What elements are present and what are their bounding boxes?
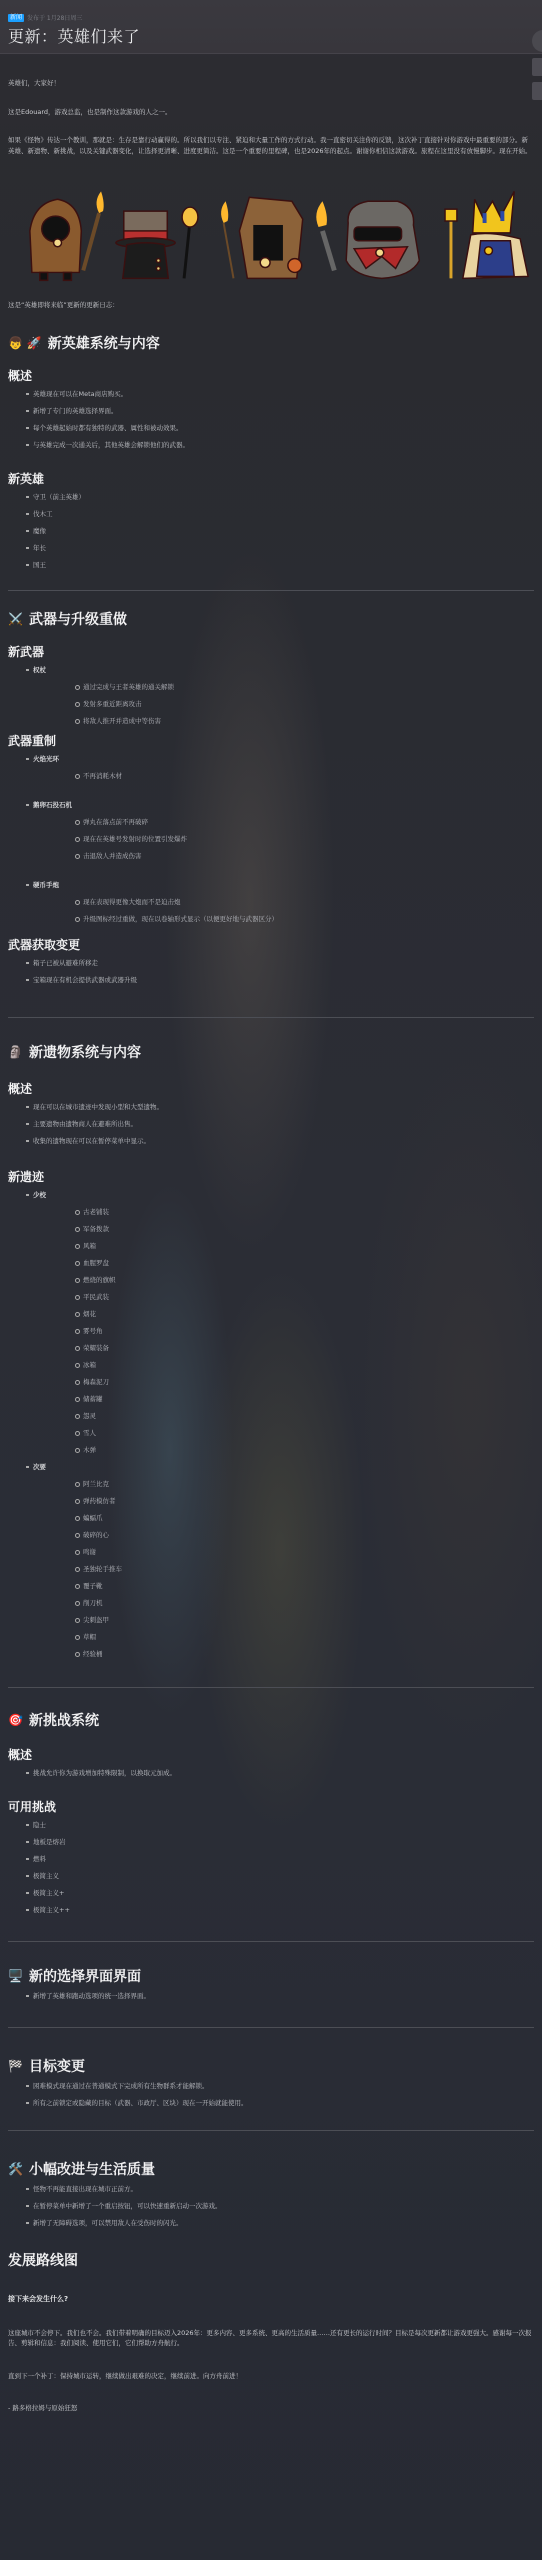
list-item: 极简主义: [8, 1868, 534, 1885]
list-item: 击退敌人并造成伤害: [33, 848, 534, 865]
list-item: 隐士: [8, 1817, 534, 1834]
divider: [8, 1017, 534, 1018]
relics-overview-title: 概述: [8, 1080, 534, 1097]
weapon-rework-title: 武器重制: [8, 732, 534, 749]
list-item: 军备拨款: [33, 1221, 534, 1238]
list-item: 怨灵: [33, 1408, 534, 1425]
divider: [8, 590, 534, 591]
list-item: 烟花: [33, 1306, 534, 1323]
list-item: 冰箱: [33, 1357, 534, 1374]
list-item: 极简主义+: [8, 1885, 534, 1902]
section-weapons-label: 武器与升级重做: [29, 609, 127, 629]
list-item: 荣耀装备: [33, 1340, 534, 1357]
relic-group-name: 次要: [33, 1463, 46, 1471]
list-item: 梅森泥刀: [33, 1374, 534, 1391]
list-item: 所有之前锁定或隐藏的目标（武器、市政厅、区块）现在一开始就能使用。: [8, 2095, 534, 2112]
weapon-acquisition-title: 武器获取变更: [8, 936, 534, 953]
weapon-name: 火焰光环: [33, 755, 59, 763]
list-item: 覆子靴: [33, 1578, 534, 1595]
relic-group: 少校 古老铺装 军备拨款 风箱 血腥罗盘 燃烧的旗帜 平民武装 烟花 雾号角 荣…: [8, 1187, 534, 1459]
list-item: 削刀机: [33, 1595, 534, 1612]
divider: [8, 1687, 534, 1688]
goals-list: 困难模式现在通过在普通模式下完成所有生物群系才能解锁。 所有之前锁定或隐藏的目标…: [8, 2078, 534, 2112]
weapon-rework-list: 火焰光环 不再消耗木材 鹅卵石投石机 弹丸在落点前不再破碎 现在在英雄号发射时的…: [8, 751, 534, 928]
greeting: 英雄们，大家好！: [8, 78, 534, 89]
list-item: 现在表现得更像大炮而不是迫击炮: [33, 894, 534, 911]
new-heroes-list: 守卫（前主英雄） 伐木工 魔像 年长 国王: [8, 489, 534, 574]
moai-icon: 🗿: [8, 1045, 23, 1059]
hammer-wrench-icon: 🛠️: [8, 2162, 23, 2176]
list-item: 国王: [8, 557, 534, 574]
new-relics-title: 新遗迹: [8, 1168, 534, 1185]
list-item: 新增了英雄和跑动选项的统一选择界面。: [8, 1988, 534, 2005]
list-item: 风箱: [33, 1238, 534, 1255]
list-item: 木弹: [33, 1442, 534, 1459]
news-badge: 新闻: [8, 14, 24, 22]
article-header: 新闻 发布于 1月28日周三 更新：英雄们来了: [0, 0, 542, 54]
list-item: 困难模式现在通过在普通模式下完成所有生物群系才能解锁。: [8, 2078, 534, 2095]
new-weapons-title: 新武器: [8, 643, 534, 660]
weapon-item: 火焰光环 不再消耗木材: [8, 751, 534, 797]
section-qol-label: 小幅改进与生活质量: [29, 2159, 155, 2179]
divider: [8, 2027, 534, 2028]
list-item: 雾号角: [33, 1323, 534, 1340]
heroes-overview-list: 英雄现在可以在Meta商店购买。 新增了专门的英雄选择界面。 每个英雄起始时都有…: [8, 386, 534, 454]
available-challenges-list: 隐士 地板是熔岩 燃料 极简主义 极简主义+ 极简主义++: [8, 1817, 534, 1919]
roadmap-title: 发展路线图: [8, 2250, 534, 2270]
section-heroes-title: 👦 🚀 新英雄系统与内容: [8, 333, 534, 353]
list-item: 圣独轮手推车: [33, 1561, 534, 1578]
side-controls: [532, 30, 542, 100]
list-item: 雪人: [33, 1425, 534, 1442]
weapon-name: 权杖: [33, 666, 46, 674]
challenges-overview-list: 挑战允许你为游戏增加特殊限制，以换取元加成。: [8, 1765, 534, 1782]
list-item: 地板是熔岩: [8, 1834, 534, 1851]
qol-list: 怪物不再能直接出现在城市正前方。 在暂停菜单中新增了一个重启按钮，可以快速重新启…: [8, 2181, 534, 2232]
list-item: 怪物不再能直接出现在城市正前方。: [8, 2181, 534, 2198]
weapon-acquisition-list: 箱子已被从避难所移走 宝箱现在有机会提供武器或武器升级: [8, 955, 534, 989]
target-icon: 🎯: [8, 1713, 23, 1727]
changelog-intro: 这是“英雄即将来临”更新的更新日志：: [8, 300, 534, 311]
list-item: 年长: [8, 540, 534, 557]
author-line: 这是Edouard，游戏总监，也是制作这款游戏的人之一。: [8, 107, 534, 118]
list-item: 现在在英雄号发射时的位置引发爆炸: [33, 831, 534, 848]
new-relics-list: 少校 古老铺装 军备拨款 风箱 血腥罗盘 燃烧的旗帜 平民武装 烟花 雾号角 荣…: [8, 1187, 534, 1663]
list-item: 守卫（前主英雄）: [8, 489, 534, 506]
crossed-swords-icon: ⚔️: [8, 612, 23, 626]
list-item: 经验桶: [33, 1646, 534, 1663]
side-circle-button[interactable]: [532, 30, 542, 52]
list-item: 弹丸在落点前不再破碎: [33, 814, 534, 831]
weapon-item: 鹅卵石投石机 弹丸在落点前不再破碎 现在在英雄号发射时的位置引发爆炸 击退敌人并…: [8, 797, 534, 877]
posted-date: 发布于 1月28日周三: [27, 13, 82, 22]
section-relics-label: 新遗物系统与内容: [29, 1042, 141, 1062]
list-item: 不再消耗木材: [33, 768, 534, 785]
heroes-overview-title: 概述: [8, 367, 534, 384]
weapon-name: 硬币手炮: [33, 881, 59, 889]
relic-group: 次要 阿兰比克 弹药模仿者 蝙蝠爪 破碎的心 鸣谢 圣独轮手推车 覆子靴 削刀机…: [8, 1459, 534, 1663]
list-item: 燃烧的旗帜: [33, 1272, 534, 1289]
list-item: 英雄现在可以在Meta商店购买。: [8, 386, 534, 403]
list-item: 新增了无障碍选项，可以禁用敌人在受伤时的闪光。: [8, 2215, 534, 2232]
list-item: 在暂停菜单中新增了一个重启按钮，可以快速重新启动一次游戏。: [8, 2198, 534, 2215]
list-item: 破碎的心: [33, 1527, 534, 1544]
intro-body: 如果《怪物》传达一个教训，那就是：生存是靠行动赢得的。所以我们以专注、紧迫和大量…: [8, 135, 534, 156]
available-challenges-title: 可用挑战: [8, 1798, 534, 1815]
section-heroes-label: 新英雄系统与内容: [48, 333, 160, 353]
list-item: 魔像: [8, 523, 534, 540]
divider: [8, 2130, 534, 2131]
signature: - 路多格拉姆与原始狂怒: [8, 2403, 534, 2414]
list-item: 燃料: [8, 1851, 534, 1868]
section-challenges-label: 新挑战系统: [29, 1710, 99, 1730]
list-item: 平民武装: [33, 1289, 534, 1306]
list-item: 草帽: [33, 1629, 534, 1646]
roadmap-closing: 直到下一个补丁：保持城市运转，继续做出艰难的决定，继续前进。向方舟前进！: [8, 2371, 534, 2382]
section-goals-title: 🏁 目标变更: [8, 2056, 534, 2076]
list-item: 尖刺盔甲: [33, 1612, 534, 1629]
article-title: 更新：英雄们来了: [8, 24, 534, 47]
boy-rocket-icon: 👦 🚀: [8, 336, 42, 350]
list-item: 阿兰比克: [33, 1476, 534, 1493]
weapon-item: 权杖 通过完成与王者英雄的通关解锁 发射多重近距离攻击 将敌人推开并造成中等伤害: [8, 662, 534, 730]
section-weapons-title: ⚔️ 武器与升级重做: [8, 609, 534, 629]
list-item: 宝箱现在有机会提供武器或武器升级: [8, 972, 534, 989]
divider: [8, 1941, 534, 1942]
heroes-illustration: [8, 166, 534, 286]
list-item: 弹药模仿者: [33, 1493, 534, 1510]
list-item: 升级图标经过重做，现在以卷轴形式显示（以便更好地与武器区分）: [33, 911, 534, 928]
selection-list: 新增了英雄和跑动选项的统一选择界面。: [8, 1988, 534, 2005]
relic-group-name: 少校: [33, 1191, 46, 1199]
list-item: 血腥罗盘: [33, 1255, 534, 1272]
section-selection-label: 新的选择界面界面: [29, 1966, 141, 1986]
section-challenges-title: 🎯 新挑战系统: [8, 1710, 534, 1730]
news-article: 新闻 发布于 1月28日周三 更新：英雄们来了 英雄们，大家好！ 这是Edoua…: [0, 0, 542, 2414]
roadmap-question: 接下来会发生什么?: [8, 2294, 534, 2304]
new-weapons-list: 权杖 通过完成与王者英雄的通关解锁 发射多重近距离攻击 将敌人推开并造成中等伤害: [8, 662, 534, 730]
weapon-item: 硬币手炮 现在表现得更像大炮而不是迫击炮 升级图标经过重做，现在以卷轴形式显示（…: [8, 877, 534, 928]
side-button-1[interactable]: [532, 58, 542, 76]
section-relics-title: 🗿 新遗物系统与内容: [8, 1042, 534, 1062]
section-goals-label: 目标变更: [29, 2056, 85, 2076]
list-item: 箱子已被从避难所移走: [8, 955, 534, 972]
section-selection-title: 🖥️ 新的选择界面界面: [8, 1966, 534, 1986]
list-item: 挑战允许你为游戏增加特殊限制，以换取元加成。: [8, 1765, 534, 1782]
list-item: 将敌人推开并造成中等伤害: [33, 713, 534, 730]
weapon-name: 鹅卵石投石机: [33, 801, 72, 809]
article-meta: 新闻 发布于 1月28日周三: [8, 13, 534, 22]
list-item: 发射多重近距离攻击: [33, 696, 534, 713]
list-item: 与英雄完成一次通关后，其他英雄会解锁他们的武器。: [8, 437, 534, 454]
list-item: 储蓄罐: [33, 1391, 534, 1408]
roadmap-body: 这座城市不会停下。我们也不会。我们带着明确的目标迈入2026年：更多内容、更多系…: [8, 2328, 534, 2349]
list-item: 极简主义++: [8, 1902, 534, 1919]
challenges-overview-title: 概述: [8, 1746, 534, 1763]
list-item: 古老铺装: [33, 1204, 534, 1221]
list-item: 通过完成与王者英雄的通关解锁: [33, 679, 534, 696]
list-item: 伐木工: [8, 506, 534, 523]
list-item: 新增了专门的英雄选择界面。: [8, 403, 534, 420]
side-button-2[interactable]: [532, 82, 542, 100]
list-item: 蝙蝠爪: [33, 1510, 534, 1527]
list-item: 鸣谢: [33, 1544, 534, 1561]
list-item: 主要遗物由遗物商人在避难所出售。: [8, 1116, 534, 1133]
list-item: 现在可以在城市遗迹中发现小型和大型遗物。: [8, 1099, 534, 1116]
list-item: 收集的遗物现在可以在暂停菜单中显示。: [8, 1133, 534, 1150]
monitor-icon: 🖥️: [8, 1969, 23, 1983]
section-qol-title: 🛠️ 小幅改进与生活质量: [8, 2159, 534, 2179]
new-heroes-title: 新英雄: [8, 470, 534, 487]
list-item: 每个英雄起始时都有独特的武器、属性和被动效果。: [8, 420, 534, 437]
checkered-flag-icon: 🏁: [8, 2059, 23, 2073]
heroes-artwork-icon: [20, 161, 534, 286]
relics-overview-list: 现在可以在城市遗迹中发现小型和大型遗物。 主要遗物由遗物商人在避难所出售。 收集…: [8, 1099, 534, 1150]
